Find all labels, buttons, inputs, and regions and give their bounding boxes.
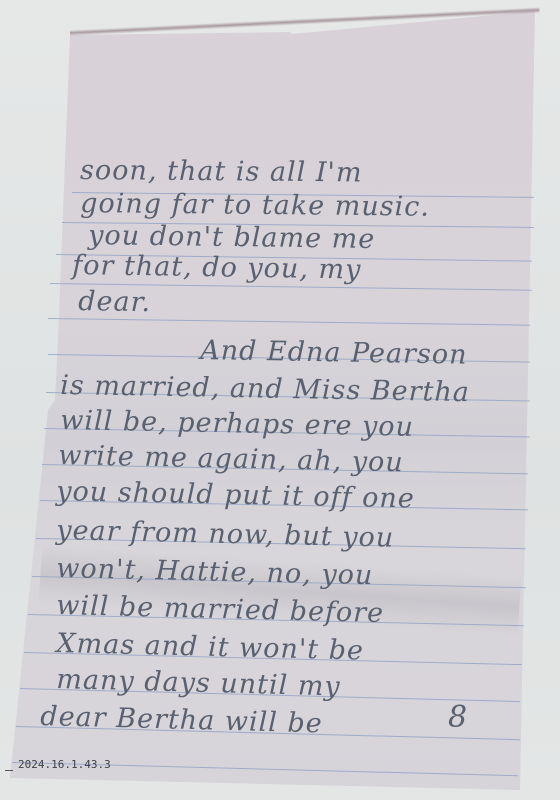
handwritten-line: for that, do you, my [72,250,362,286]
handwritten-line: going far to take music. [80,188,430,223]
handwritten-line: soon, that is all I'm [80,155,363,188]
handwritten-line: And Edna Pearson [200,335,468,371]
catalog-tick-mark [5,770,13,771]
catalog-number: 2024.16.1.43.3 [18,758,111,771]
handwritten-line: you don't blame me [88,220,375,255]
page-number: 8 [448,700,468,735]
handwritten-line: dear. [78,286,151,318]
